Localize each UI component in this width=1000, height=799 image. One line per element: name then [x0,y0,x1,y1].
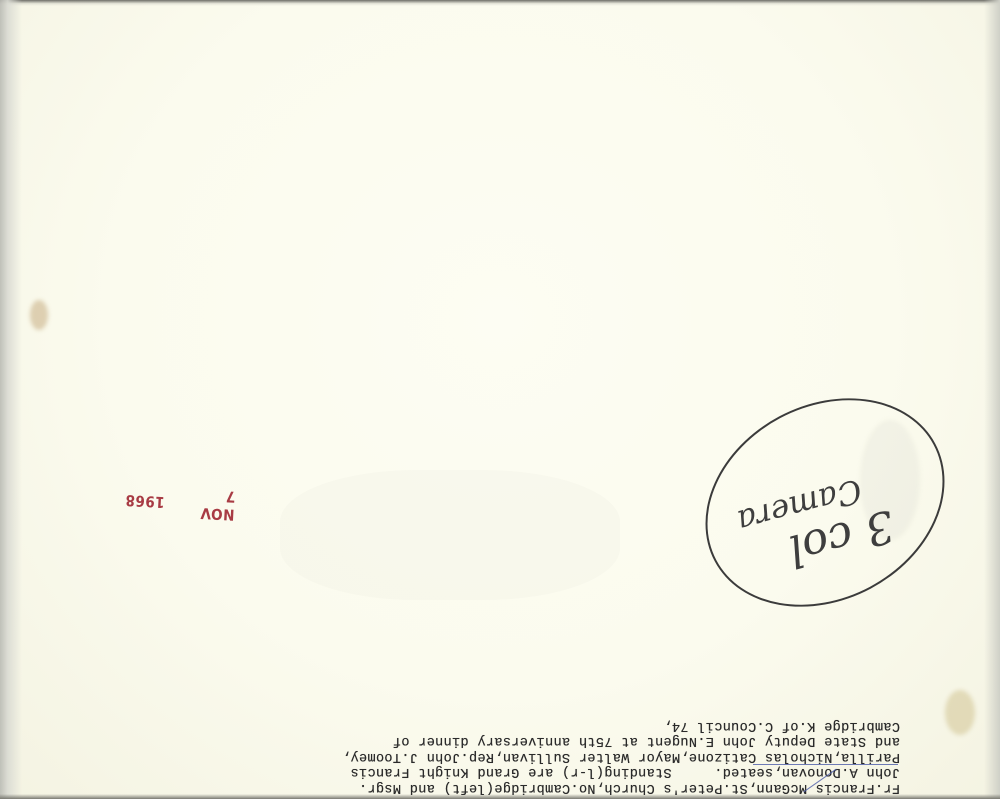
caption-line: Parilla,Nicholas Catizone,Mayor Walter S… [130,749,900,765]
paper-edge-top [0,0,1000,6]
paper-edge-right [984,0,1000,799]
caption-line: Cambridge K.of C.Council 74, [130,718,900,734]
caption-line: John A.Donovan,seated. Standing(l-r) are… [130,764,900,780]
photo-back-paper: NOV 7 1968 3 col Camera Fr.Francis McGan… [0,0,1000,799]
typed-caption: Fr.Francis McGann,St.Peter's Church,No.C… [130,700,900,795]
pencil-smudge [280,470,620,600]
stamp-year: 1968 [125,491,165,511]
stamp-month-day: NOV 7 [186,485,236,523]
paper-edge-left [0,0,22,799]
age-stain [30,300,48,330]
age-stain [945,690,975,735]
caption-line: and State Deputy John E.Nugent at 75th a… [130,733,900,749]
pen-underline [753,764,898,765]
date-stamp: NOV 7 1968 [124,480,236,526]
caption-line: Fr.Francis McGann,St.Peter's Church,No.C… [130,780,900,796]
